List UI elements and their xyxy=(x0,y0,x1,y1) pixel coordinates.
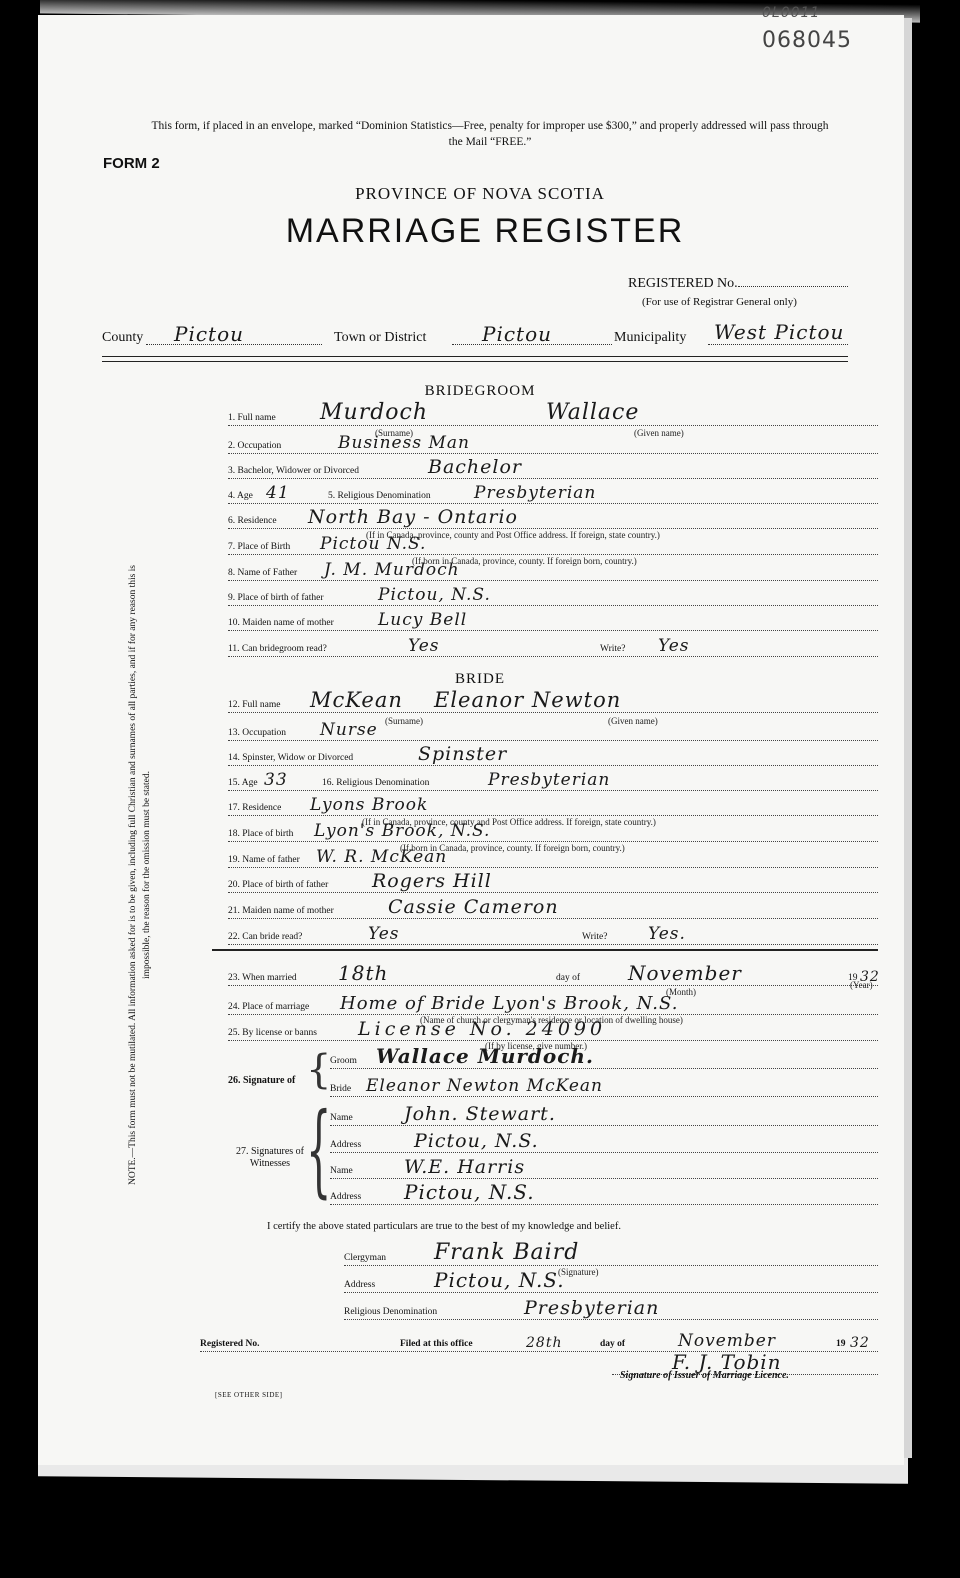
groom-occupation-label: 2. Occupation xyxy=(228,441,283,451)
bride-father-birthplace: Rogers Hill xyxy=(372,870,492,892)
side-note: NOTE.—This form must not be mutilated. A… xyxy=(126,550,154,1200)
bridegroom-heading: BRIDEGROOM xyxy=(0,383,960,400)
marriage-day: 18th xyxy=(338,961,388,985)
witness-2-name: W.E. Harris xyxy=(404,1156,525,1178)
bride-write-label: Write? xyxy=(580,932,609,942)
bride-read: Yes xyxy=(368,924,400,944)
groom-signature: Wallace Murdoch. xyxy=(376,1044,594,1068)
issuer-caption: Signature of Issuer of Marriage Licence. xyxy=(620,1370,789,1381)
bride-residence-row: 17. Residence Lyons Brook xyxy=(228,795,878,816)
groom-occupation-row: 2. Occupation Business Man xyxy=(228,433,878,454)
bride-read-label: 22. Can bride read? xyxy=(228,932,304,942)
bride-full-name-label: 12. Full name xyxy=(228,700,283,710)
groom-surname: Murdoch xyxy=(320,400,428,425)
bride-occupation-row: 13. Occupation Nurse xyxy=(228,720,878,741)
header-divider xyxy=(102,356,848,362)
groom-read: Yes xyxy=(408,636,440,656)
groom-signature-row: Groom Wallace Murdoch. xyxy=(330,1048,878,1069)
side-note-text: NOTE.—This form must not be mutilated. A… xyxy=(128,565,152,1185)
witness-2-name-row: Name W.E. Harris xyxy=(330,1158,878,1179)
bride-signature-label: Bride xyxy=(330,1084,353,1094)
bride-literacy-row: 22. Can bride read? Yes Write? Yes. xyxy=(228,924,878,945)
clergyman-label: Clergyman xyxy=(344,1253,388,1263)
witness-1-name: John. Stewart. xyxy=(404,1103,556,1125)
filed-month: November xyxy=(678,1331,776,1351)
registered-no-field: REGISTERED No. xyxy=(628,276,848,292)
witness-2-address: Pictou, N.S. xyxy=(404,1180,535,1204)
groom-father: J. M. Murdoch xyxy=(324,560,460,580)
license-label: 25. By license or banns xyxy=(228,1028,319,1038)
groom-status: Bachelor xyxy=(428,456,522,478)
groom-father-label: 8. Name of Father xyxy=(228,568,299,578)
groom-write-label: Write? xyxy=(598,644,627,654)
postal-notice: This form, if placed in an envelope, mar… xyxy=(150,118,830,150)
year-caption: (Year) xyxy=(850,980,873,990)
town-value: Pictou xyxy=(482,322,552,346)
bride-given-name: Eleanor Newton xyxy=(434,688,621,712)
page-title: MARRIAGE REGISTER xyxy=(0,212,960,251)
groom-father-birthplace-row: 9. Place of birth of father Pictou, N.S. xyxy=(228,585,878,606)
bride-signature-row: Bride Eleanor Newton McKean xyxy=(330,1076,878,1097)
groom-father-birthplace: Pictou, N.S. xyxy=(378,585,491,605)
bride-heading: BRIDE xyxy=(0,671,960,688)
bride-age-label: 15. Age xyxy=(228,778,260,788)
bride-mother-label: 21. Maiden name of mother xyxy=(228,906,336,916)
witness-2-name-label: Name xyxy=(330,1166,355,1176)
witness-1-name-row: Name John. Stewart. xyxy=(330,1105,878,1126)
groom-age-row: 4. Age 41 5. Religious Denomination Pres… xyxy=(228,483,878,504)
clergyman-address-label: Address xyxy=(344,1280,377,1290)
filed-year-prefix: 19 xyxy=(834,1339,848,1349)
bride-father-birthplace-row: 20. Place of birth of father Rogers Hill xyxy=(228,872,878,893)
certification-statement: I certify the above stated particulars a… xyxy=(267,1221,621,1232)
bride-signature: Eleanor Newton McKean xyxy=(366,1076,603,1096)
clergyman-address-row: Address Pictou, N.S. xyxy=(344,1272,878,1293)
groom-birthplace: Pictou N.S. xyxy=(320,534,426,554)
witness-1-address-label: Address xyxy=(330,1140,363,1150)
clergyman-religion-label: Religious Denomination xyxy=(344,1307,439,1317)
place-of-marriage-label: 24. Place of marriage xyxy=(228,1002,311,1012)
registered-no-note: (For use of Registrar General only) xyxy=(642,296,797,308)
filed-day: 28th xyxy=(526,1335,562,1351)
place-of-marriage-row: 24. Place of marriage Home of Bride Lyon… xyxy=(228,994,878,1015)
when-married-label: 23. When married xyxy=(228,973,299,983)
bride-age-row: 15. Age 33 16. Religious Denomination Pr… xyxy=(228,770,878,791)
bride-birthplace-label: 18. Place of birth xyxy=(228,829,295,839)
bride-mother-row: 21. Maiden name of mother Cassie Cameron xyxy=(228,898,878,919)
groom-birthplace-label: 7. Place of Birth xyxy=(228,542,292,552)
bride-father-row: 19. Name of father W. R. McKean xyxy=(228,847,878,868)
witness-2-address-row: Address Pictou, N.S. xyxy=(330,1184,878,1205)
bride-religion: Presbyterian xyxy=(488,770,610,790)
county-value: Pictou xyxy=(174,322,244,346)
filing-row: Registered No. Filed at this office 28th… xyxy=(200,1331,878,1352)
groom-literacy-row: 11. Can bridegroom read? Yes Write? Yes xyxy=(228,636,878,657)
signature-of-label: 26. Signature of xyxy=(228,1075,295,1086)
witness-1-address: Pictou, N.S. xyxy=(414,1130,539,1152)
bride-residence: Lyons Brook xyxy=(310,795,428,815)
bride-father: W. R. McKean xyxy=(316,847,447,867)
groom-mother: Lucy Bell xyxy=(378,610,467,630)
marriage-month: November xyxy=(628,961,742,985)
groom-age-label: 4. Age xyxy=(228,491,255,501)
town-label: Town or District xyxy=(334,330,426,346)
groom-religion-label: 5. Religious Denomination xyxy=(326,491,433,501)
groom-full-name-label: 1. Full name xyxy=(228,413,278,423)
when-married-row: 23. When married 18th day of November 19… xyxy=(228,965,878,986)
clergyman-religion-row: Religious Denomination Presbyterian xyxy=(344,1299,878,1320)
witness-1-name-label: Name xyxy=(330,1113,355,1123)
clergyman-address: Pictou, N.S. xyxy=(434,1268,565,1292)
municipality-dots xyxy=(708,344,848,345)
bride-religion-label: 16. Religious Denomination xyxy=(320,778,431,788)
reference-number-faded: 0L0011 xyxy=(762,5,820,21)
see-other-side: [SEE OTHER SIDE] xyxy=(215,1391,283,1399)
groom-age: 41 xyxy=(266,483,290,503)
reference-number: 068045 xyxy=(762,28,852,53)
bride-section-divider xyxy=(212,949,878,951)
bride-age: 33 xyxy=(264,770,288,790)
groom-full-name-row: 1. Full name Murdoch Wallace xyxy=(228,405,878,426)
registered-no-label: REGISTERED No. xyxy=(628,276,738,291)
location-header: County Pictou Town or District Pictou Mu… xyxy=(102,326,882,350)
license-number: License No. 24090 xyxy=(358,1018,606,1040)
bride-residence-label: 17. Residence xyxy=(228,803,283,813)
bride-occupation-label: 13. Occupation xyxy=(228,728,288,738)
form-number: FORM 2 xyxy=(103,155,160,172)
bride-occupation: Nurse xyxy=(320,720,378,740)
filing-registered-no-label: Registered No. xyxy=(200,1339,261,1349)
filed-day-of-label: day of xyxy=(598,1339,627,1349)
groom-birthplace-row: 7. Place of Birth Pictou N.S. xyxy=(228,534,878,555)
filed-label: Filed at this office xyxy=(398,1339,475,1349)
bride-father-label: 19. Name of father xyxy=(228,855,302,865)
groom-mother-label: 10. Maiden name of mother xyxy=(228,618,336,628)
license-row: 25. By license or banns License No. 2409… xyxy=(228,1020,878,1041)
bride-surname: McKean xyxy=(310,688,403,712)
bride-status: Spinster xyxy=(418,743,507,765)
groom-signature-label: Groom xyxy=(330,1056,359,1066)
groom-given-name: Wallace xyxy=(546,400,639,425)
municipality-label: Municipality xyxy=(614,330,686,346)
province-heading: PROVINCE OF NOVA SCOTIA xyxy=(0,184,960,204)
bride-status-label: 14. Spinster, Widow or Divorced xyxy=(228,753,355,763)
bride-full-name-row: 12. Full name McKean Eleanor Newton xyxy=(228,692,878,713)
witnesses-label: 27. Signatures of Witnesses xyxy=(228,1146,312,1170)
day-of-label: day of xyxy=(554,973,582,983)
municipality-value: West Pictou xyxy=(714,320,844,344)
bride-birthplace-row: 18. Place of birth Lyon's Brook, N.S. xyxy=(228,821,878,842)
bride-mother: Cassie Cameron xyxy=(388,896,559,918)
groom-mother-row: 10. Maiden name of mother Lucy Bell xyxy=(228,610,878,631)
groom-residence-label: 6. Residence xyxy=(228,516,279,526)
bride-father-birthplace-label: 20. Place of birth of father xyxy=(228,880,330,890)
groom-read-label: 11. Can bridegroom read? xyxy=(228,644,329,654)
groom-status-label: 3. Bachelor, Widower or Divorced xyxy=(228,466,361,476)
groom-occupation: Business Man xyxy=(338,433,470,453)
groom-status-row: 3. Bachelor, Widower or Divorced Bachelo… xyxy=(228,458,878,479)
witness-brace: { xyxy=(306,1100,331,1200)
groom-write: Yes xyxy=(658,636,690,656)
bride-birthplace: Lyon's Brook, N.S. xyxy=(314,821,490,841)
groom-residence: North Bay - Ontario xyxy=(308,506,518,528)
witness-1-address-row: Address Pictou, N.S. xyxy=(330,1132,878,1153)
groom-residence-row: 6. Residence North Bay - Ontario xyxy=(228,508,878,529)
witness-2-address-label: Address xyxy=(330,1192,363,1202)
bride-status-row: 14. Spinster, Widow or Divorced Spinster xyxy=(228,745,878,766)
filed-year: 32 xyxy=(850,1335,870,1351)
clergyman-religion: Presbyterian xyxy=(524,1297,659,1319)
clergyman-row: Clergyman Frank Baird xyxy=(344,1245,878,1266)
groom-religion: Presbyterian xyxy=(474,483,596,503)
clergyman-signature: Frank Baird xyxy=(434,1240,579,1265)
signature-brace: { xyxy=(306,1047,331,1093)
county-label: County xyxy=(102,330,143,346)
groom-father-birthplace-label: 9. Place of birth of father xyxy=(228,593,326,603)
bride-write: Yes. xyxy=(648,924,686,944)
groom-father-row: 8. Name of Father J. M. Murdoch xyxy=(228,560,878,581)
place-of-marriage: Home of Bride Lyon's Brook, N.S. xyxy=(340,993,678,1014)
